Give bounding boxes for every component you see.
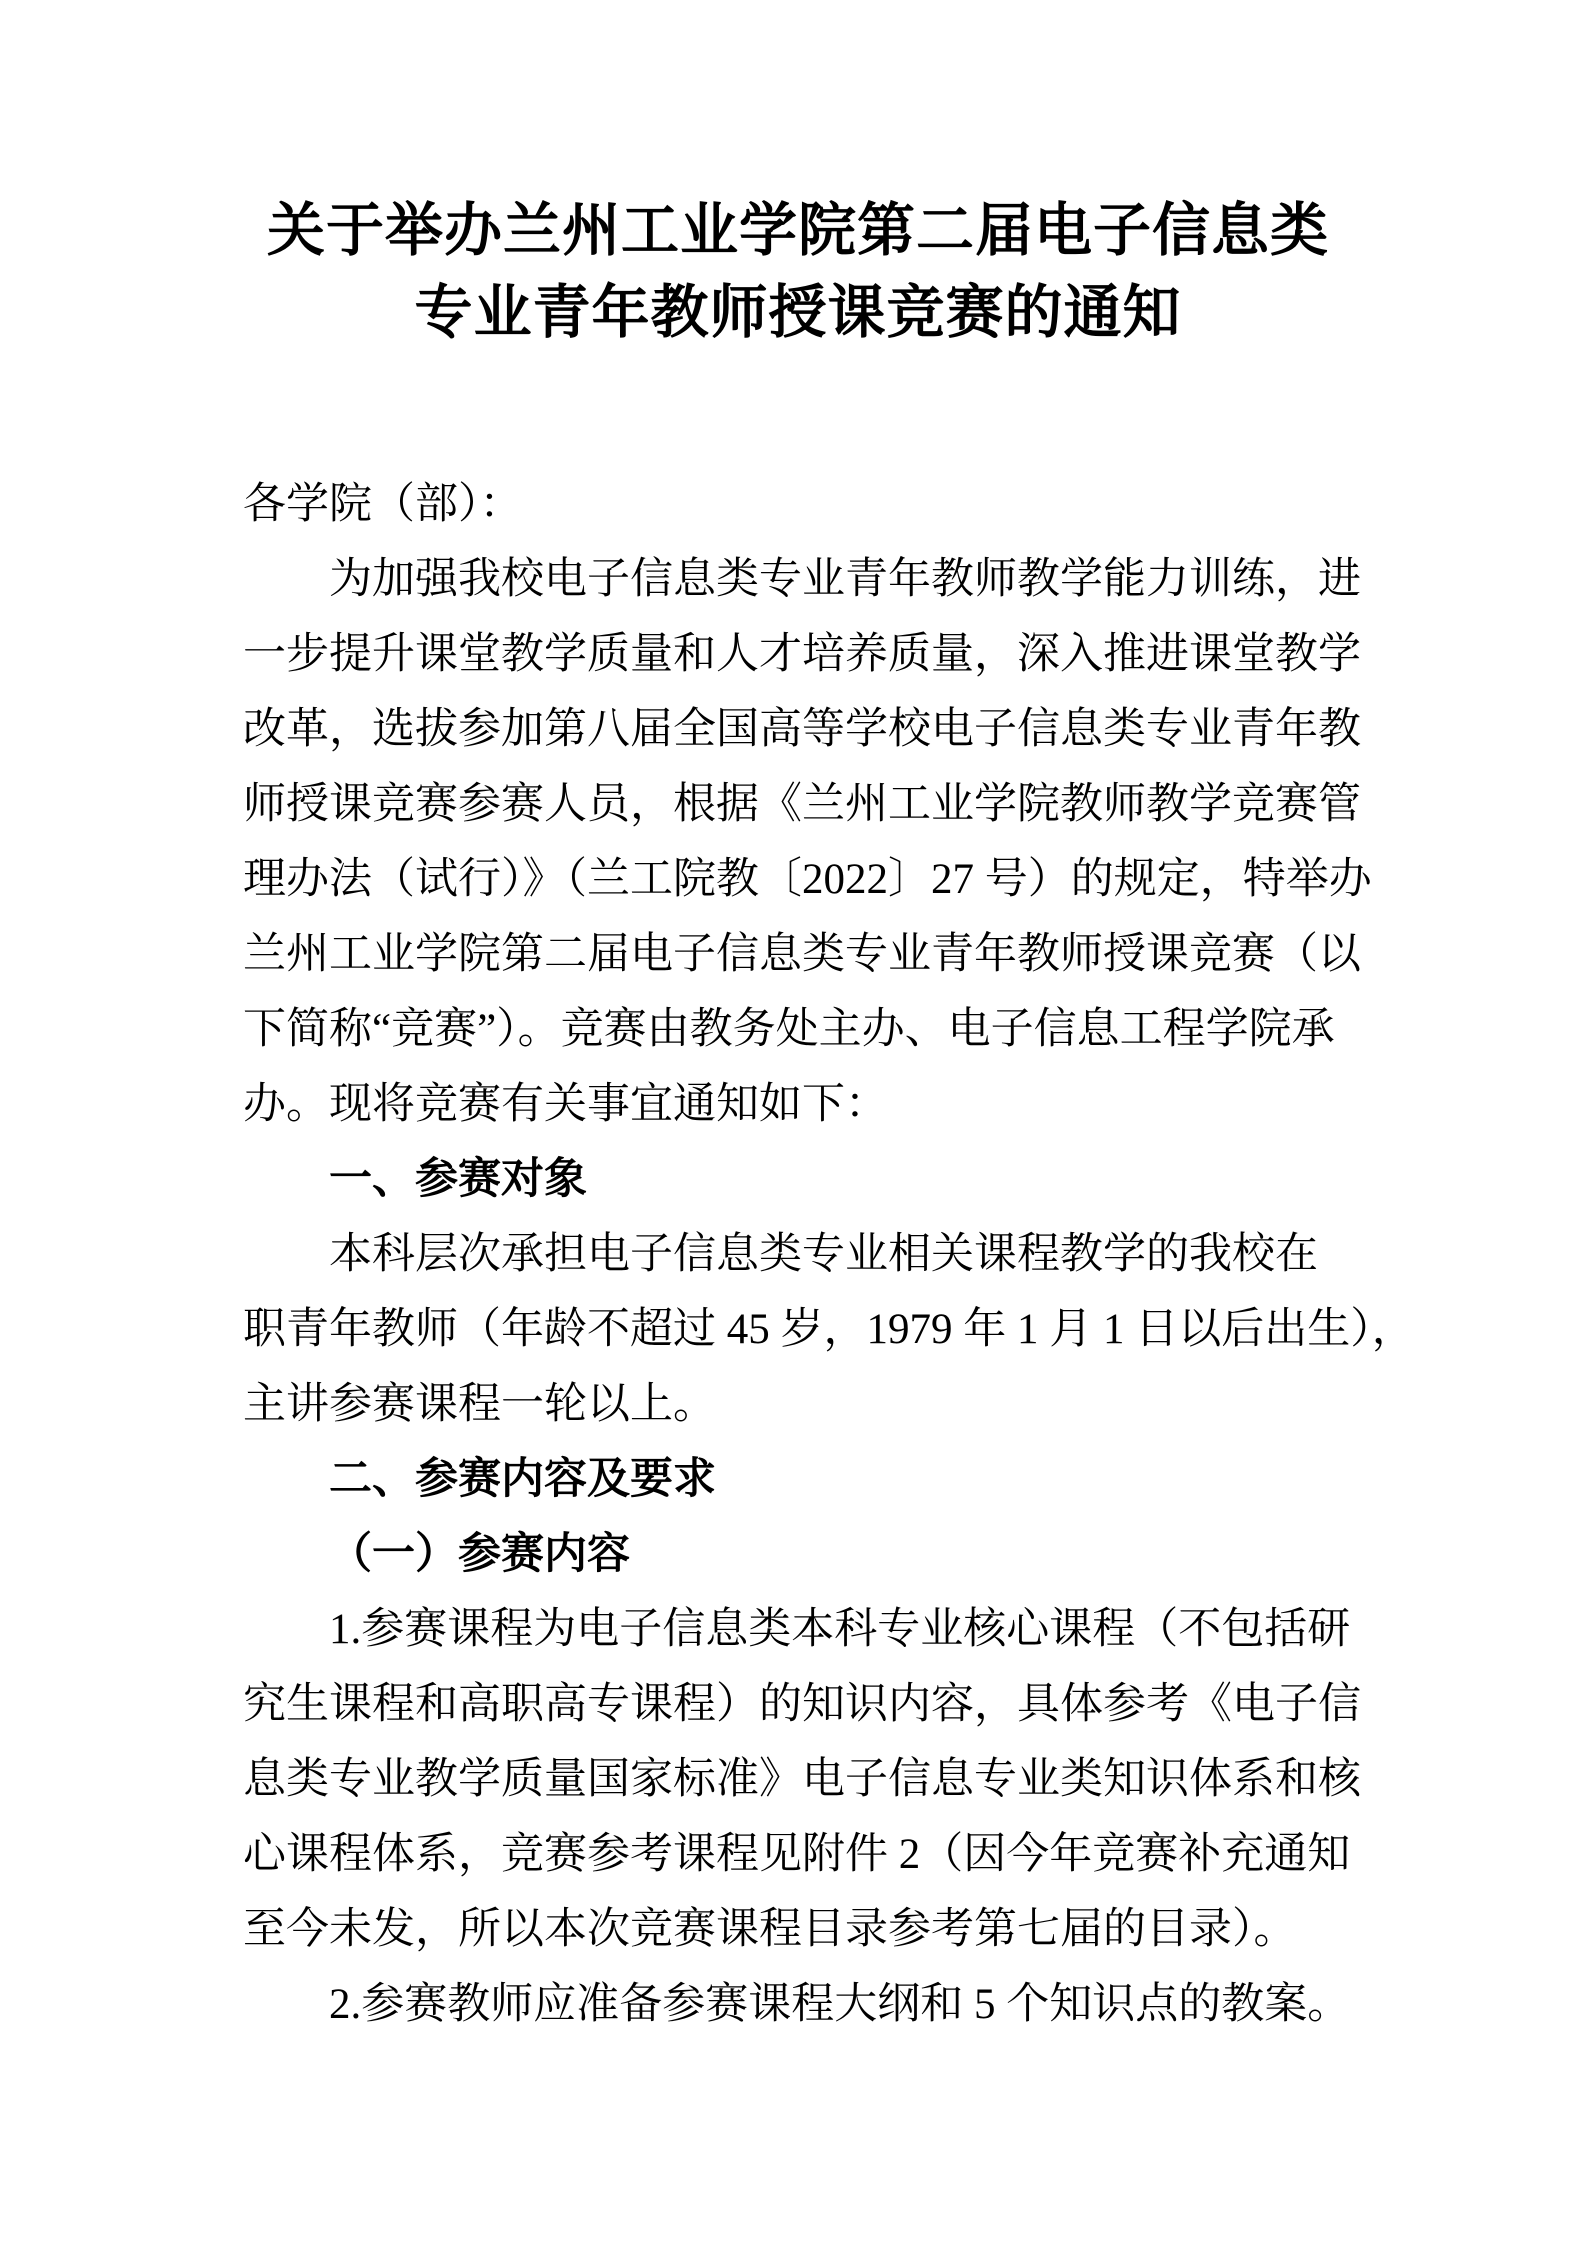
text-line: 一步提升课堂教学质量和人才培养质量，深入推进课堂教学: [243, 617, 1353, 692]
document-title-line-1: 关于举办兰州工业学院第二届电子信息类: [243, 190, 1353, 272]
text-line: 办。现将竞赛有关事宜通知如下：: [243, 1067, 1353, 1142]
text-line: 息类专业教学质量国家标准》电子信息专业类知识体系和核: [243, 1742, 1353, 1817]
text-line: 下简称“竞赛”）。竞赛由教务处主办、电子信息工程学院承: [243, 992, 1353, 1067]
text-line: 师授课竞赛参赛人员，根据《兰州工业学院教师教学竞赛管: [243, 767, 1353, 842]
text-line: （一）参赛内容: [243, 1517, 1353, 1592]
text-line: 职青年教师（年龄不超过 45 岁，1979 年 1 月 1 日以后出生），: [243, 1292, 1353, 1367]
text-line: 改革，选拔参加第八届全国高等学校电子信息类专业青年教: [243, 692, 1353, 767]
text-line: 理办法（试行）》（兰工院教〔2022〕27 号）的规定，特举办: [243, 842, 1353, 917]
text-line: 2.参赛教师应准备参赛课程大纲和 5 个知识点的教案。: [243, 1967, 1353, 2042]
text-line: 为加强我校电子信息类专业青年教师教学能力训练，进: [243, 542, 1353, 617]
text-line: 心课程体系，竞赛参考课程见附件 2（因今年竞赛补充通知: [243, 1817, 1353, 1892]
text-line: 二、参赛内容及要求: [243, 1442, 1353, 1517]
text-line: 主讲参赛课程一轮以上。: [243, 1367, 1353, 1442]
text-line: 各学院（部）：: [243, 467, 1353, 542]
text-line: 一、参赛对象: [243, 1142, 1353, 1217]
text-line: 本科层次承担电子信息类专业相关课程教学的我校在: [243, 1217, 1353, 1292]
document-page: 关于举办兰州工业学院第二届电子信息类 专业青年教师授课竞赛的通知 各学院（部）：…: [0, 0, 1587, 2245]
text-line: 至今未发，所以本次竞赛课程目录参考第七届的目录）。: [243, 1892, 1353, 1967]
document-body: 各学院（部）：为加强我校电子信息类专业青年教师教学能力训练，进一步提升课堂教学质…: [243, 467, 1353, 2042]
text-line: 究生课程和高职高专课程）的知识内容，具体参考《电子信: [243, 1667, 1353, 1742]
document-title-line-2: 专业青年教师授课竞赛的通知: [243, 272, 1353, 354]
document-title: 关于举办兰州工业学院第二届电子信息类 专业青年教师授课竞赛的通知: [243, 190, 1353, 354]
text-line: 兰州工业学院第二届电子信息类专业青年教师授课竞赛（以: [243, 917, 1353, 992]
text-line: 1.参赛课程为电子信息类本科专业核心课程（不包括研: [243, 1592, 1353, 1667]
